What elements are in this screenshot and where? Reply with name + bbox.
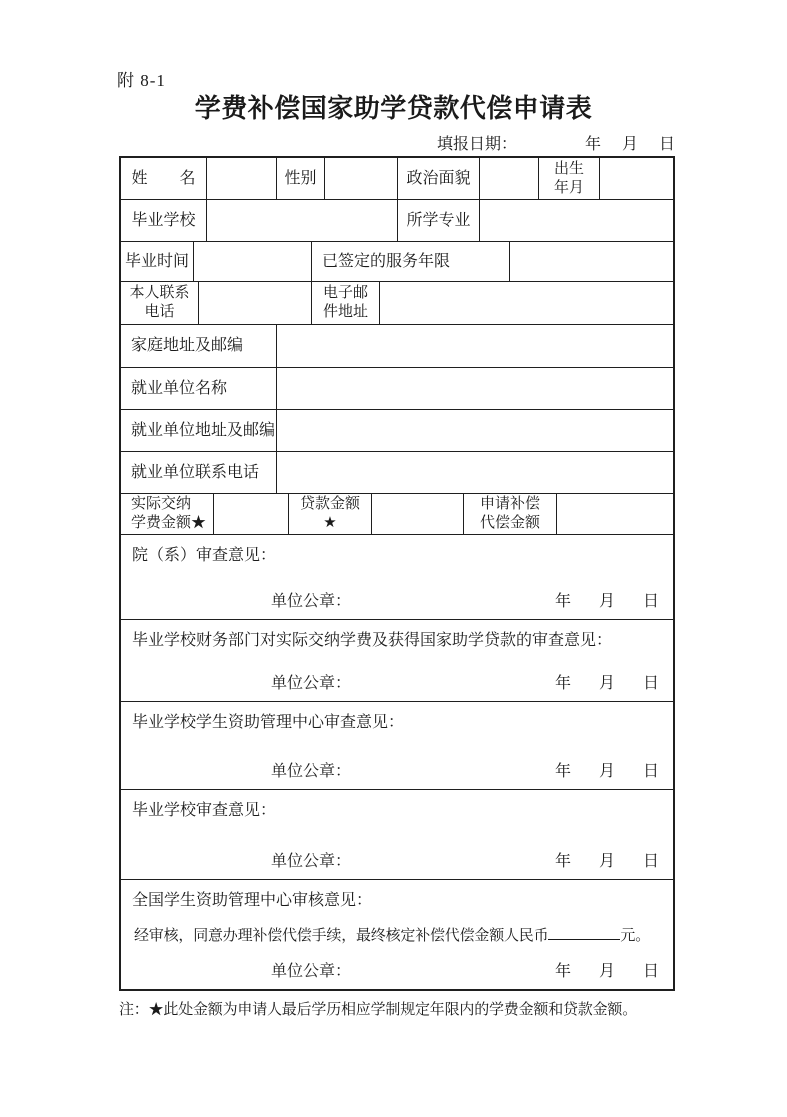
employer-phone-field[interactable]	[276, 452, 673, 493]
stamp-label: 单位公章：	[271, 670, 351, 693]
section-heading: 院（系）审查意见：	[121, 542, 673, 565]
email-field[interactable]	[379, 282, 673, 324]
stamp-day-label: 日	[643, 670, 659, 693]
section-school-review: 毕业学校审查意见： 单位公章： 年 月 日	[121, 789, 673, 879]
approval-sentence: 经审核，同意办理补偿代偿手续，最终核定补偿代偿金额人民币元。	[121, 924, 673, 945]
stamp-year-label: 年	[555, 758, 571, 781]
stamp-label: 单位公章：	[271, 588, 351, 611]
name-label: 姓 名	[121, 158, 206, 199]
birth-date-label: 出生 年月	[538, 158, 599, 199]
service-years-field[interactable]	[509, 242, 673, 281]
compensation-amount-field[interactable]	[556, 494, 673, 534]
stamp-day-label: 日	[643, 958, 659, 981]
service-years-label: 已签定的服务年限	[311, 242, 509, 281]
amount-blank-line[interactable]	[548, 924, 620, 939]
form-page: 附 8-1 学费补偿国家助学贷款代偿申请表 填报日期： 年 月 日 姓 名 性别…	[0, 0, 787, 1117]
section-finance-review: 毕业学校财务部门对实际交纳学费及获得国家助学贷款的审查意见： 单位公章： 年 月…	[121, 619, 673, 701]
loan-amount-field[interactable]	[371, 494, 463, 534]
stamp-label: 单位公章：	[271, 758, 351, 781]
fill-date-year-label: 年	[585, 131, 601, 154]
stamp-date: 年 月 日	[555, 670, 659, 693]
stamp-month-label: 月	[599, 588, 615, 611]
stamp-year-label: 年	[555, 848, 571, 871]
stamp-date: 年 月 日	[555, 958, 659, 981]
stamp-date: 年 月 日	[555, 848, 659, 871]
section-heading: 毕业学校学生资助管理中心审查意见：	[121, 709, 673, 732]
fill-date-month-label: 月	[622, 131, 638, 154]
stamp-year-label: 年	[555, 958, 571, 981]
fill-date-day-label: 日	[659, 131, 675, 154]
political-status-label: 政治面貌	[397, 158, 479, 199]
graduate-school-field[interactable]	[206, 200, 397, 241]
stamp-line: 单位公章： 年 月 日	[121, 588, 673, 611]
stamp-date: 年 月 日	[555, 588, 659, 611]
loan-amount-label: 贷款金额 ★	[288, 494, 371, 534]
stamp-line: 单位公章： 年 月 日	[121, 848, 673, 871]
row-basic-info: 姓 名 性别 政治面貌 出生 年月	[121, 158, 673, 199]
stamp-day-label: 日	[643, 758, 659, 781]
section-department-review: 院（系）审查意见： 单位公章： 年 月 日	[121, 534, 673, 619]
fill-date-line: 填报日期： 年 月 日	[437, 131, 675, 154]
stamp-day-label: 日	[643, 588, 659, 611]
approval-text-prefix: 经审核，同意办理补偿代偿手续，最终核定补偿代偿金额人民币	[134, 928, 548, 944]
fill-date-label: 填报日期：	[437, 131, 517, 154]
graduation-time-label: 毕业时间	[121, 242, 193, 281]
approval-text-suffix: 元。	[620, 928, 650, 944]
major-field[interactable]	[479, 200, 673, 241]
stamp-year-label: 年	[555, 670, 571, 693]
home-address-label: 家庭地址及邮编	[121, 325, 276, 367]
personal-phone-field[interactable]	[198, 282, 311, 324]
name-field[interactable]	[206, 158, 276, 199]
major-label: 所学专业	[397, 200, 479, 241]
section-national-aid-center-review: 全国学生资助管理中心审核意见： 经审核，同意办理补偿代偿手续，最终核定补偿代偿金…	[121, 879, 673, 989]
employer-name-label: 就业单位名称	[121, 368, 276, 409]
row-employer-phone: 就业单位联系电话	[121, 451, 673, 493]
row-amounts: 实际交纳 学费金额★ 贷款金额 ★ 申请补偿 代偿金额	[121, 493, 673, 534]
stamp-month-label: 月	[599, 848, 615, 871]
stamp-month-label: 月	[599, 758, 615, 781]
stamp-year-label: 年	[555, 588, 571, 611]
employer-address-field[interactable]	[276, 410, 673, 451]
section-school-aid-center-review: 毕业学校学生资助管理中心审查意见： 单位公章： 年 月 日	[121, 701, 673, 789]
note-text: 注：★此处金额为申请人最后学历相应学制规定年限内的学费金额和贷款金额。	[119, 998, 679, 1019]
birth-date-field[interactable]	[599, 158, 673, 199]
stamp-date: 年 月 日	[555, 758, 659, 781]
stamp-line: 单位公章： 年 月 日	[121, 670, 673, 693]
tuition-paid-label: 实际交纳 学费金额★	[121, 494, 213, 534]
section-heading: 毕业学校财务部门对实际交纳学费及获得国家助学贷款的审查意见：	[121, 627, 673, 650]
stamp-label: 单位公章：	[271, 848, 351, 871]
gender-field[interactable]	[324, 158, 397, 199]
email-label: 电子邮 件地址	[311, 282, 379, 324]
section-heading: 毕业学校审查意见：	[121, 797, 673, 820]
page-title: 学费补偿国家助学贷款代偿申请表	[0, 88, 787, 125]
row-graduation-service: 毕业时间 已签定的服务年限	[121, 241, 673, 281]
personal-phone-label: 本人联系 电话	[121, 282, 198, 324]
compensation-amount-label: 申请补偿 代偿金额	[463, 494, 556, 534]
employer-address-label: 就业单位地址及邮编	[121, 410, 276, 451]
row-home-address: 家庭地址及邮编	[121, 324, 673, 367]
stamp-month-label: 月	[599, 670, 615, 693]
row-school-major: 毕业学校 所学专业	[121, 199, 673, 241]
graduation-time-field[interactable]	[193, 242, 311, 281]
stamp-line: 单位公章： 年 月 日	[121, 758, 673, 781]
employer-name-field[interactable]	[276, 368, 673, 409]
tuition-paid-field[interactable]	[213, 494, 288, 534]
employer-phone-label: 就业单位联系电话	[121, 452, 276, 493]
fill-date-ymd: 年 月 日	[585, 131, 675, 154]
home-address-field[interactable]	[276, 325, 673, 367]
row-employer-name: 就业单位名称	[121, 367, 673, 409]
stamp-label: 单位公章：	[271, 958, 351, 981]
gender-label: 性别	[276, 158, 324, 199]
section-heading: 全国学生资助管理中心审核意见：	[121, 887, 673, 910]
application-table: 姓 名 性别 政治面貌 出生 年月 毕业学校 所学专业 毕业时间 已签定的服务年…	[119, 156, 675, 991]
row-employer-address: 就业单位地址及邮编	[121, 409, 673, 451]
row-phone-email: 本人联系 电话 电子邮 件地址	[121, 281, 673, 324]
stamp-month-label: 月	[599, 958, 615, 981]
political-status-field[interactable]	[479, 158, 538, 199]
stamp-line: 单位公章： 年 月 日	[121, 958, 673, 981]
graduate-school-label: 毕业学校	[121, 200, 206, 241]
stamp-day-label: 日	[643, 848, 659, 871]
